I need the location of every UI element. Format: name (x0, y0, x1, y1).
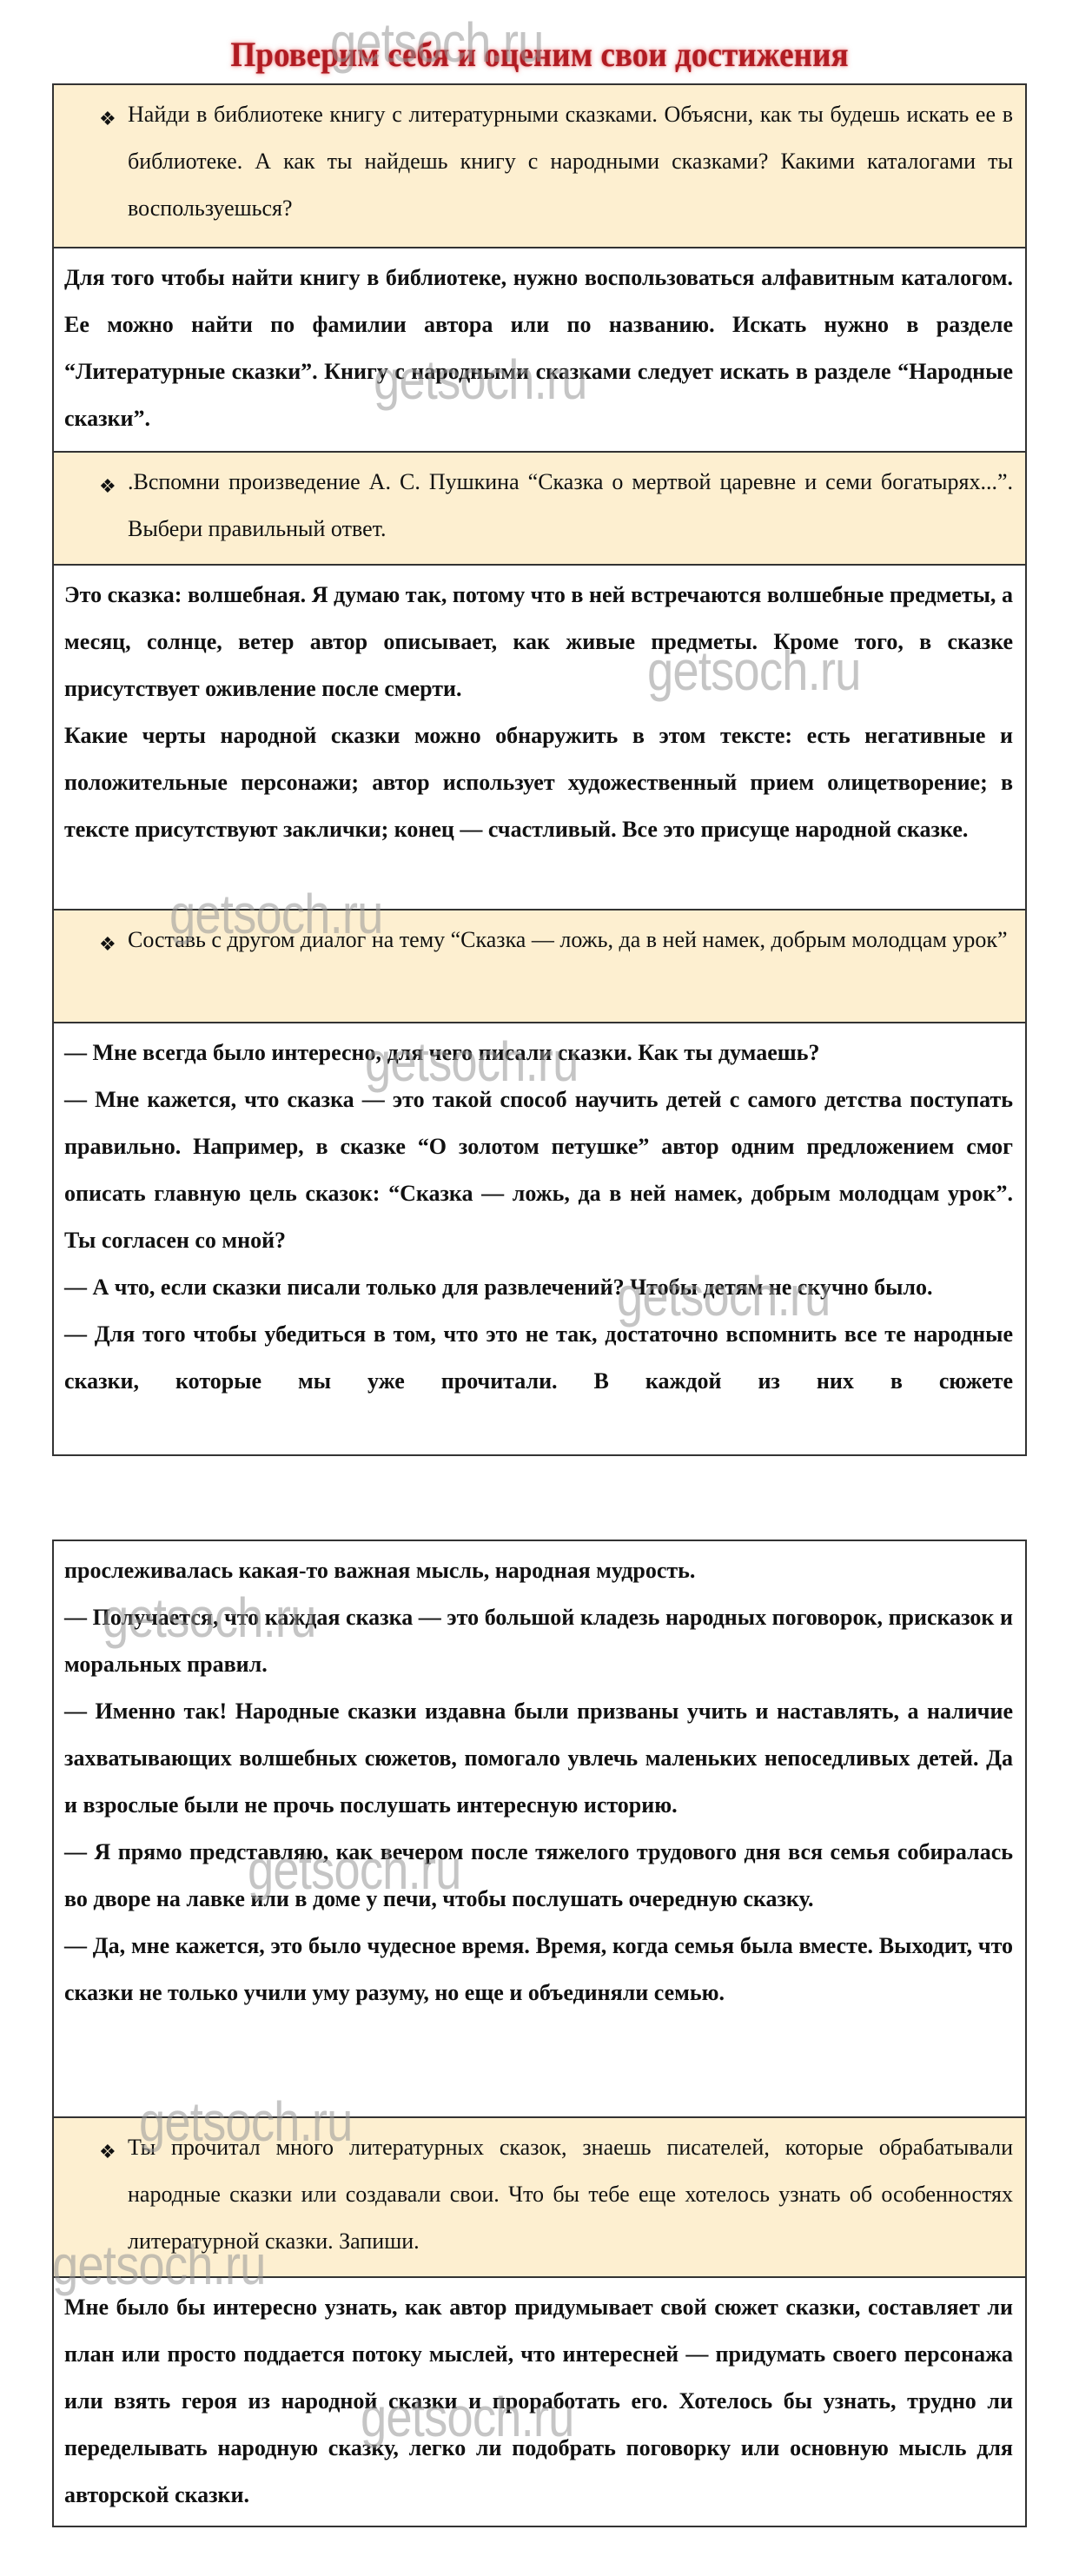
exercise-table-part-1: ❖ Найди в библиотеке книгу с литературны… (52, 83, 1027, 1456)
question-row: ❖ Составь с другом диалог на тему “Сказк… (54, 909, 1025, 1022)
answer-text: Какие черты народной сказки можно обнару… (64, 712, 1013, 853)
dialogue-line: — Именно так! Народные сказки издавна бы… (64, 1688, 1013, 1829)
exercise-table-part-2: прослеживалась какая-то важная мысль, на… (52, 1540, 1027, 2527)
answer-row: Это сказка: волшебная. Я думаю так, пото… (54, 564, 1025, 909)
question-text: Составь с другом диалог на тему “Сказка … (128, 917, 1013, 964)
answer-text: Для того чтобы найти книгу в библиотеке,… (64, 255, 1013, 442)
answer-text: Мне было бы интересно узнать, как автор … (64, 2284, 1013, 2519)
dialogue-line: — Я прямо представляю, как вечером после… (64, 1829, 1013, 1923)
dialogue-line: — Мне кажется, что сказка — это такой сп… (64, 1076, 1013, 1264)
question-row: ❖ Найди в библиотеке книгу с литературны… (54, 85, 1025, 247)
question-row: ❖ .Вспомни произведение А. С. Пушкина “С… (54, 451, 1025, 564)
answer-row: — Мне всегда было интересно, для чего пи… (54, 1022, 1025, 1454)
question-text: Найди в библиотеке книгу с литературными… (128, 91, 1013, 232)
dialogue-line: — Да, мне кажется, это было чудесное вре… (64, 1923, 1013, 2016)
dialogue-line: прослеживалась какая-то важная мысль, на… (64, 1547, 1013, 1594)
diamond-bullet-icon: ❖ (99, 2129, 116, 2175)
question-text: .Вспомни произведение А. С. Пушкина “Ска… (128, 459, 1013, 553)
answer-row: прослеживалась какая-то важная мысль, на… (54, 1541, 1025, 2116)
answer-row: Мне было бы интересно узнать, как автор … (54, 2276, 1025, 2526)
dialogue-line: — А что, если сказки писали только для р… (64, 1264, 1013, 1311)
answer-text: Это сказка: волшебная. Я думаю так, пото… (64, 572, 1013, 712)
dialogue-line: — Получается, что каждая сказка — это бо… (64, 1594, 1013, 1688)
dialogue-line: — Для того чтобы убедиться в том, что эт… (64, 1311, 1013, 1405)
page-title: Проверим себя и оценим свои достижения (37, 34, 1041, 76)
question-text: Ты прочитал много литературных сказок, з… (128, 2124, 1013, 2265)
answer-row: Для того чтобы найти книгу в библиотеке,… (54, 247, 1025, 451)
diamond-bullet-icon: ❖ (99, 96, 116, 142)
dialogue-line: — Мне всегда было интересно, для чего пи… (64, 1030, 1013, 1076)
diamond-bullet-icon: ❖ (99, 463, 116, 510)
diamond-bullet-icon: ❖ (99, 921, 116, 968)
question-row: ❖ Ты прочитал много литературных сказок,… (54, 2116, 1025, 2276)
